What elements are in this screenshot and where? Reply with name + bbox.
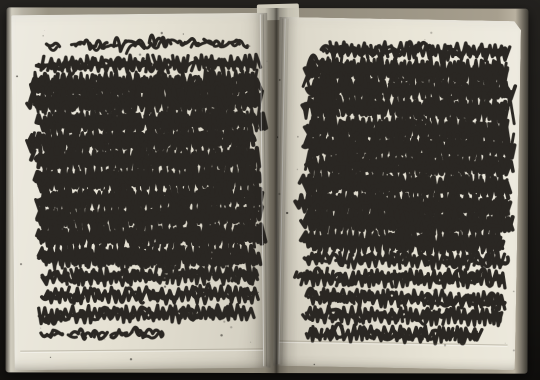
right-page (273, 17, 521, 370)
left-page-handwriting (11, 13, 270, 370)
right-page-handwriting (273, 17, 521, 370)
photo-background (0, 0, 540, 380)
left-page (11, 13, 270, 370)
